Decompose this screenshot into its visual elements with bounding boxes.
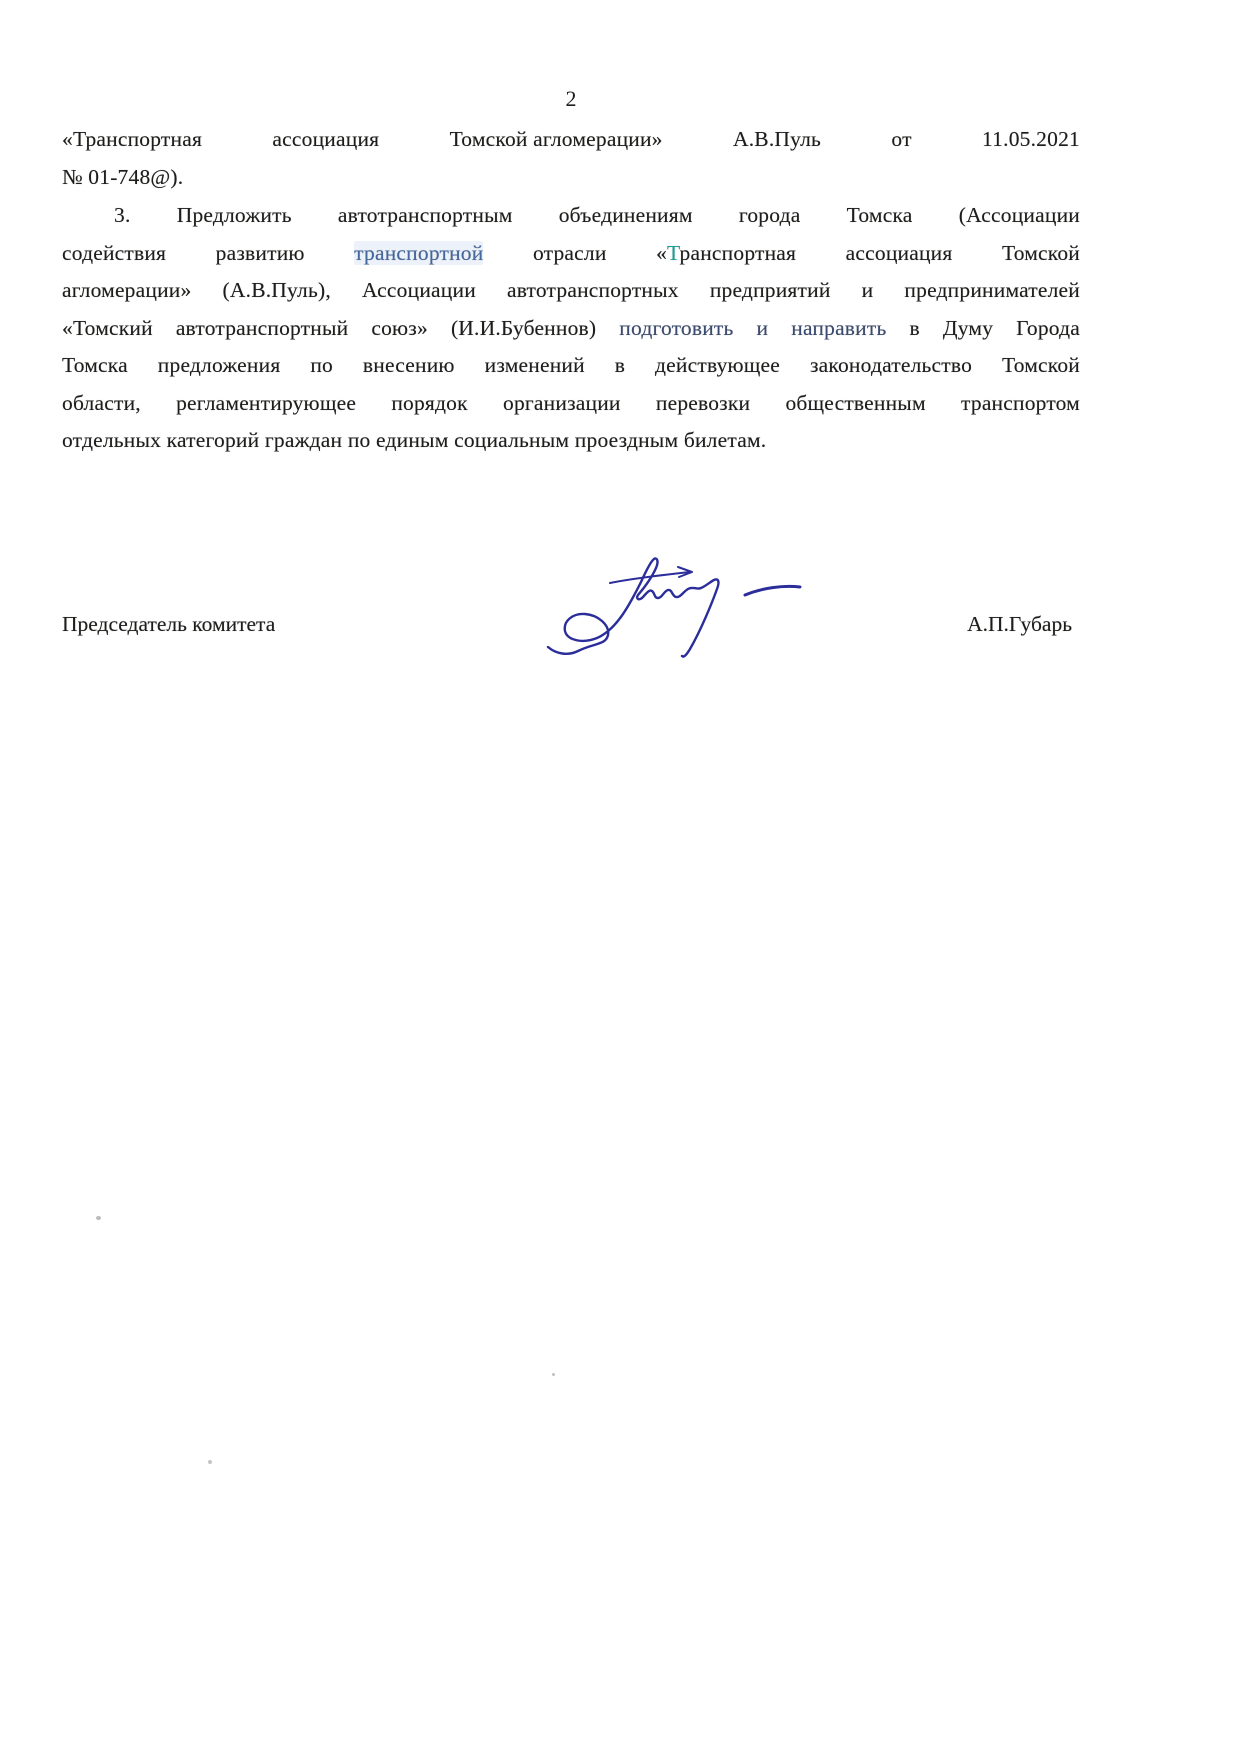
page-number: 2: [62, 84, 1080, 114]
intro-line-2: № 01-748@).: [62, 159, 1080, 197]
intro-word-group: «Транспортная: [62, 121, 202, 159]
item-3-paragraph: 3. Предложить автотранспортным объединен…: [62, 197, 1080, 460]
item-3-line-5: Томска предложения по внесению изменений…: [62, 347, 1080, 385]
word: Томской: [1002, 241, 1080, 265]
phrase: в Думу Города: [910, 316, 1081, 340]
document-page: 2 «Транспортная ассоциация Томской аглом…: [0, 0, 1240, 1753]
item-3-line-3: агломерации» (А.В.Пуль), Ассоциации авто…: [62, 272, 1080, 310]
intro-paragraph: «Транспортная ассоциация Томской агломер…: [62, 121, 1080, 196]
signer-name: А.П.Губарь: [967, 608, 1072, 640]
item-3-line-1: 3. Предложить автотранспортным объединен…: [62, 197, 1080, 235]
item-3-line-6: области, регламентирующее порядок органи…: [62, 385, 1080, 423]
intro-word-group: 11.05.2021: [982, 121, 1080, 159]
word-group: «Транспортная: [656, 241, 796, 265]
intro-word-group: ассоциация: [272, 121, 379, 159]
intro-word-group: Томской агломерации»: [450, 121, 663, 159]
word-scan-tinted: транспортной: [354, 241, 483, 265]
item-3-line-7: отдельных категорий граждан по единым со…: [62, 422, 1080, 460]
intro-word-group: А.В.Пуль: [733, 121, 821, 159]
word: ассоциация: [846, 241, 953, 265]
intro-line-1: «Транспортная ассоциация Томской агломер…: [62, 121, 1080, 159]
signer-title: Председатель комитета: [62, 608, 275, 640]
word-rest: ранспортная: [680, 241, 797, 265]
phrase: «Томский автотранспортный союз» (И.И.Буб…: [62, 316, 596, 340]
word: отрасли: [533, 241, 607, 265]
handwritten-signature-icon: [540, 548, 875, 673]
scan-speck: [208, 1460, 212, 1464]
word: содействия: [62, 241, 166, 265]
item-3-line-2: содействия развитию транспортной отрасли…: [62, 235, 1080, 273]
word: развитию: [216, 241, 305, 265]
letter-scan-tinted: Т: [667, 241, 680, 265]
intro-word-group: от: [891, 121, 911, 159]
quote-mark: «: [656, 241, 667, 265]
scan-speck: [96, 1216, 101, 1220]
scan-speck: [552, 1373, 555, 1376]
item-3-line-4: «Томский автотранспортный союз» (И.И.Буб…: [62, 310, 1080, 348]
phrase-scan-tinted: подготовить и направить: [619, 316, 886, 340]
